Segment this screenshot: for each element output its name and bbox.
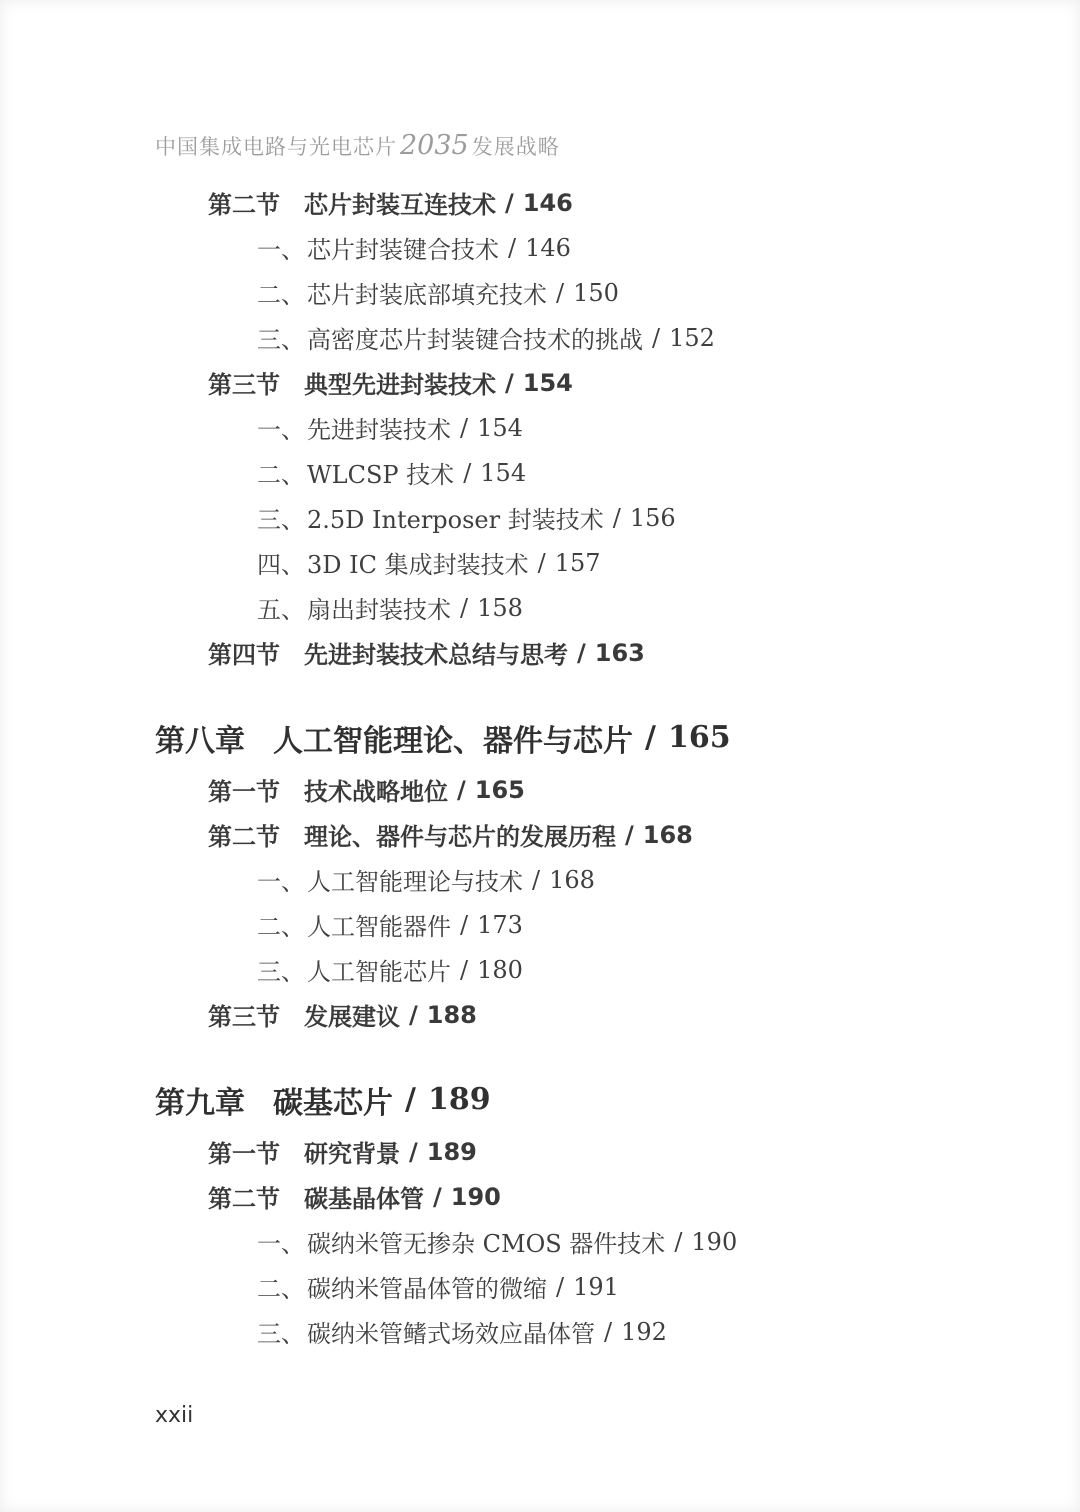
toc-entry-section: 第三节发展建议/188 [0,992,1080,1037]
toc-entry-page: 146 [523,189,573,217]
toc-entry-title: 典型先进封装技术 [304,365,496,400]
toc-entry-label: 二、 [257,907,305,942]
table-of-contents: 第二节芯片封装互连技术/146 一、芯片封装键合技术/146 二、芯片封装底部填… [0,180,1080,1354]
toc-entry-label: 第四节 [208,635,280,670]
toc-entry-title: 理论、器件与芯片的发展历程 [304,817,616,852]
toc-entry-sub: 三、碳纳米管鳍式场效应晶体管/192 [0,1309,1080,1354]
page-number: xxii [155,1403,193,1428]
toc-entry-page: 188 [427,1001,477,1029]
toc-entry-label: 二、 [257,275,305,310]
toc-entry-title: 发展建议 [304,997,400,1032]
toc-entry-page: 150 [573,279,619,307]
toc-separator: / [405,1082,416,1117]
toc-entry-page: 190 [691,1228,737,1256]
toc-entry-label: 三、 [257,500,305,535]
toc-entry-page: 191 [573,1273,619,1301]
toc-separator: / [505,189,514,217]
running-header-year: 2035 [397,130,472,161]
toc-entry-page: 152 [669,324,715,352]
running-header: 中国集成电路与光电芯片2035发展战略 [155,130,560,161]
toc-entry-chapter: 第九章碳基芯片/189 [0,1077,1080,1122]
toc-entry-page: 157 [555,549,601,577]
toc-entry-chapter: 第八章人工智能理论、器件与芯片/165 [0,715,1080,760]
toc-entry-title: 碳纳米管晶体管的微缩 [307,1269,547,1304]
toc-entry-title: 碳基晶体管 [304,1179,424,1214]
toc-entry-label: 四、 [257,545,305,580]
toc-entry-label: 第八章 [155,716,245,760]
toc-separator: / [460,414,468,442]
toc-entry-page: 154 [523,369,573,397]
toc-entry-title: 芯片封装互连技术 [304,185,496,220]
toc-entry-page: 146 [525,234,571,262]
book-page: 中国集成电路与光电芯片2035发展战略 第二节芯片封装互连技术/146 一、芯片… [0,0,1080,1512]
toc-separator: / [457,776,466,804]
toc-entry-sub: 四、3D IC 集成封装技术/157 [0,540,1080,585]
toc-entry-section: 第二节碳基晶体管/190 [0,1174,1080,1219]
toc-separator: / [463,459,471,487]
toc-entry-sub: 一、芯片封装键合技术/146 [0,225,1080,270]
toc-entry-label: 三、 [257,1314,305,1349]
toc-entry-title: 研究背景 [304,1134,400,1169]
toc-separator: / [556,279,564,307]
toc-separator: / [460,956,468,984]
toc-entry-title: 3D IC 集成封装技术 [307,545,529,580]
toc-separator: / [508,234,516,262]
toc-entry-sub: 二、碳纳米管晶体管的微缩/191 [0,1264,1080,1309]
toc-entry-label: 第一节 [208,1134,280,1169]
toc-entry-label: 二、 [257,1269,305,1304]
toc-entry-page: 165 [668,720,731,755]
toc-separator: / [460,594,468,622]
toc-separator: / [505,369,514,397]
toc-entry-label: 第一节 [208,772,280,807]
toc-entry-section: 第三节典型先进封装技术/154 [0,360,1080,405]
toc-entry-page: 168 [549,866,595,894]
toc-entry-page: 154 [480,459,526,487]
toc-entry-sub: 五、扇出封装技术/158 [0,585,1080,630]
toc-entry-page: 165 [475,776,525,804]
toc-separator: / [625,821,634,849]
toc-entry-page: 168 [643,821,693,849]
toc-separator: / [433,1183,442,1211]
toc-entry-page: 156 [630,504,676,532]
toc-entry-page: 173 [477,911,523,939]
toc-entry-page: 163 [595,639,645,667]
toc-entry-sub: 一、碳纳米管无掺杂 CMOS 器件技术/190 [0,1219,1080,1264]
toc-entry-label: 一、 [257,230,305,265]
toc-entry-label: 一、 [257,410,305,445]
toc-entry-label: 三、 [257,320,305,355]
toc-separator: / [577,639,586,667]
toc-entry-label: 一、 [257,1224,305,1259]
toc-separator: / [409,1001,418,1029]
toc-entry-title: 先进封装技术 [307,410,451,445]
toc-entry-page: 154 [477,414,523,442]
running-header-prefix: 中国集成电路与光电芯片 [155,135,397,159]
toc-separator: / [556,1273,564,1301]
running-header-suffix: 发展战略 [472,135,560,159]
toc-entry-page: 189 [428,1082,491,1117]
toc-entry-sub: 一、人工智能理论与技术/168 [0,857,1080,902]
toc-entry-sub: 一、先进封装技术/154 [0,405,1080,450]
toc-entry-title: 人工智能理论与技术 [307,862,523,897]
toc-entry-title: 2.5D Interposer 封装技术 [307,500,604,535]
toc-entry-section: 第四节先进封装技术总结与思考/163 [0,630,1080,675]
toc-entry-label: 第九章 [155,1078,245,1122]
toc-entry-section: 第二节理论、器件与芯片的发展历程/168 [0,812,1080,857]
toc-entry-title: 人工智能芯片 [307,952,451,987]
toc-entry-title: 碳纳米管无掺杂 CMOS 器件技术 [307,1224,665,1259]
toc-entry-title: 人工智能理论、器件与芯片 [273,716,633,760]
toc-separator: / [645,720,656,755]
toc-separator: / [538,549,546,577]
toc-entry-label: 第二节 [208,185,280,220]
toc-entry-page: 190 [451,1183,501,1211]
toc-entry-page: 180 [477,956,523,984]
toc-entry-sub: 三、人工智能芯片/180 [0,947,1080,992]
toc-entry-title: WLCSP 技术 [307,455,454,490]
toc-entry-title: 高密度芯片封装键合技术的挑战 [307,320,643,355]
toc-separator: / [532,866,540,894]
toc-entry-title: 碳基芯片 [273,1078,393,1122]
toc-entry-section: 第二节芯片封装互连技术/146 [0,180,1080,225]
toc-entry-sub: 三、高密度芯片封装键合技术的挑战/152 [0,315,1080,360]
toc-entry-title: 人工智能器件 [307,907,451,942]
toc-entry-title: 碳纳米管鳍式场效应晶体管 [307,1314,595,1349]
toc-entry-sub: 二、人工智能器件/173 [0,902,1080,947]
toc-entry-sub: 二、WLCSP 技术/154 [0,450,1080,495]
toc-entry-label: 第二节 [208,817,280,852]
toc-separator: / [409,1138,418,1166]
toc-entry-page: 189 [427,1138,477,1166]
toc-entry-label: 第二节 [208,1179,280,1214]
toc-separator: / [652,324,660,352]
toc-entry-page: 158 [477,594,523,622]
toc-entry-label: 二、 [257,455,305,490]
toc-entry-title: 芯片封装底部填充技术 [307,275,547,310]
toc-separator: / [604,1318,612,1346]
toc-separator: / [674,1228,682,1256]
toc-entry-label: 一、 [257,862,305,897]
toc-entry-title: 先进封装技术总结与思考 [304,635,568,670]
toc-entry-label: 第三节 [208,997,280,1032]
toc-entry-title: 技术战略地位 [304,772,448,807]
toc-entry-title: 扇出封装技术 [307,590,451,625]
toc-entry-title: 芯片封装键合技术 [307,230,499,265]
toc-entry-label: 第三节 [208,365,280,400]
toc-entry-section: 第一节研究背景/189 [0,1129,1080,1174]
toc-entry-label: 五、 [257,590,305,625]
toc-entry-page: 192 [621,1318,667,1346]
toc-entry-sub: 二、芯片封装底部填充技术/150 [0,270,1080,315]
toc-separator: / [613,504,621,532]
toc-entry-section: 第一节技术战略地位/165 [0,767,1080,812]
toc-entry-label: 三、 [257,952,305,987]
toc-entry-sub: 三、2.5D Interposer 封装技术/156 [0,495,1080,540]
toc-separator: / [460,911,468,939]
